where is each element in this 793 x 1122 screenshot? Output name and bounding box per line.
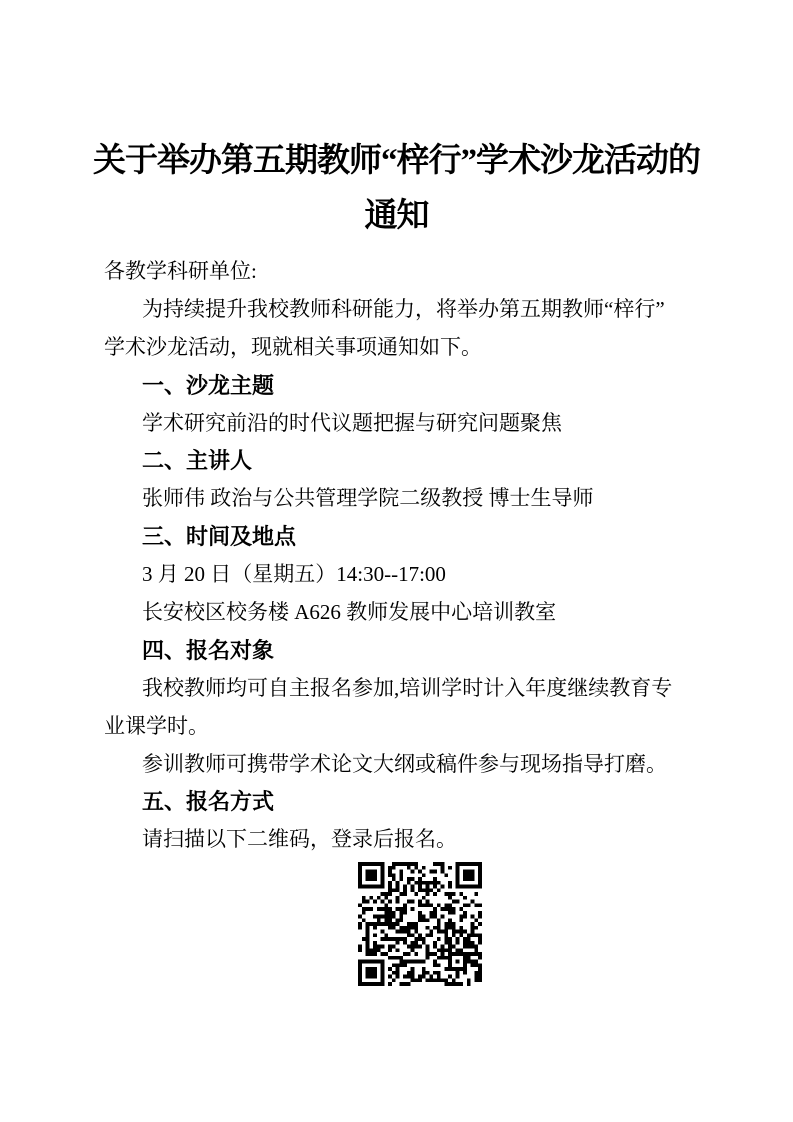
section-heading: 三、时间及地点	[104, 518, 710, 556]
body-line: 各教学科研单位:	[104, 253, 710, 291]
section-heading: 五、报名方式	[104, 783, 710, 821]
section-heading: 二、主讲人	[104, 442, 710, 480]
document-title-line-1: 关于举办第五期教师“梓行”学术沙龙活动的	[0, 134, 793, 189]
body-line: 为持续提升我校教师科研能力，将举办第五期教师“梓行”	[104, 291, 710, 329]
body-line: 参训教师可携带学术论文大纲或稿件参与现场指导打磨。	[104, 746, 710, 784]
document-title: 关于举办第五期教师“梓行”学术沙龙活动的 通知	[0, 134, 793, 244]
document-body: 各教学科研单位:为持续提升我校教师科研能力，将举办第五期教师“梓行”学术沙龙活动…	[104, 253, 710, 859]
body-line: 学术沙龙活动，现就相关事项通知如下。	[104, 329, 710, 367]
body-line: 学术研究前沿的时代议题把握与研究问题聚焦	[104, 405, 710, 443]
body-line: 请扫描以下二维码，登录后报名。	[104, 821, 710, 859]
section-heading: 一、沙龙主题	[104, 367, 710, 405]
document-title-line-2: 通知	[0, 189, 793, 244]
body-line: 长安校区校务楼 A626 教师发展中心培训教室	[104, 594, 710, 632]
body-line: 我校教师均可自主报名参加,培训学时计入年度继续教育专	[104, 670, 710, 708]
document-page: 关于举办第五期教师“梓行”学术沙龙活动的 通知 各教学科研单位:为持续提升我校教…	[0, 0, 793, 1122]
qr-code	[358, 862, 482, 986]
body-line: 业课学时。	[104, 708, 710, 746]
body-line: 张师伟 政治与公共管理学院二级教授 博士生导师	[104, 480, 710, 518]
body-line: 3 月 20 日（星期五）14:30--17:00	[104, 556, 710, 594]
section-heading: 四、报名对象	[104, 632, 710, 670]
